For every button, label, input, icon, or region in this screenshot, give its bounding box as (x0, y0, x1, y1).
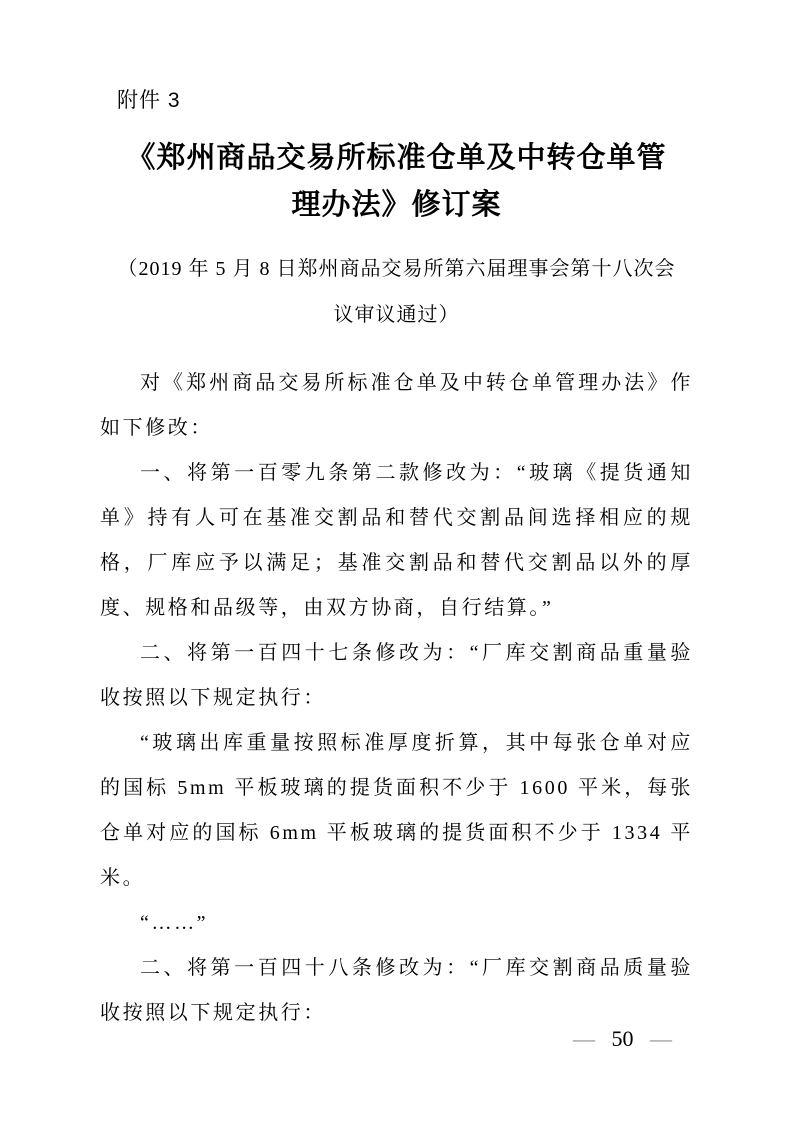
document-body: 对《郑州商品交易所标准仓单及中转仓单管理办法》作如下修改： 一、将第一百零九条第… (100, 361, 693, 1036)
document-content: 附件 3 《郑州商品交易所标准仓单及中转仓单管 理办法》修订案 （2019 年 … (100, 88, 693, 1036)
paragraph-intro: 对《郑州商品交易所标准仓单及中转仓单管理办法》作如下修改： (100, 361, 693, 451)
footer-right-dash: — (648, 1026, 674, 1051)
paragraph-ellipsis-quote: “……” (100, 901, 693, 946)
document-title-line-2: 理办法》修订案 (100, 182, 693, 229)
meeting-approval-note: （2019 年 5 月 8 日郑州商品交易所第六届理事会第十八次会 议审议通过） (100, 246, 693, 338)
document-title: 《郑州商品交易所标准仓单及中转仓单管 理办法》修订案 (100, 135, 693, 229)
page-number-footer: — 50 — (571, 1026, 674, 1052)
paragraph-amendment-2-article-147: 二、将第一百四十七条修改为：“厂库交割商品重量验收按照以下规定执行： (100, 631, 693, 721)
page-number: 50 (603, 1026, 643, 1051)
paragraph-amendment-2-article-148: 二、将第一百四十八条修改为：“厂库交割商品质量验收按照以下规定执行： (100, 946, 693, 1036)
paragraph-glass-weight-rule: “玻璃出库重量按照标准厚度折算，其中每张仓单对应的国标 5mm 平板玻璃的提货面… (100, 721, 693, 901)
footer-left-dash: — (571, 1026, 597, 1051)
attachment-label: 附件 3 (117, 88, 693, 114)
meeting-approval-note-line-2: 议审议通过） (100, 292, 693, 338)
document-title-line-1: 《郑州商品交易所标准仓单及中转仓单管 (100, 135, 693, 182)
paragraph-amendment-1-article-109: 一、将第一百零九条第二款修改为：“玻璃《提货通知单》持有人可在基准交割品和替代交… (100, 451, 693, 631)
meeting-approval-note-line-1: （2019 年 5 月 8 日郑州商品交易所第六届理事会第十八次会 (100, 246, 693, 292)
document-page: 附件 3 《郑州商品交易所标准仓单及中转仓单管 理办法》修订案 （2019 年 … (0, 0, 793, 1122)
